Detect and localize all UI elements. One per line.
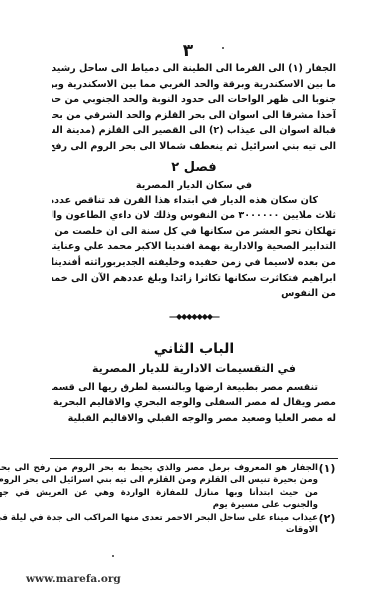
chapter-subtitle: في التقسيمات الادارية للديار المصرية bbox=[52, 360, 336, 378]
text-line: له مصر العليا وصعيد مصر والوجه القبلي وا… bbox=[52, 411, 336, 427]
text-line: تنقسم مصر بطبيعة ارضها وبالنسبة لطرق ريه… bbox=[52, 380, 336, 396]
text-line: الى تيه بني اسرائيل ثم ينعطف شمالا الى ب… bbox=[52, 139, 336, 155]
footnote-number: (٢) bbox=[318, 512, 336, 537]
scan-speck bbox=[112, 555, 114, 557]
ornamental-divider: —◆◆◆◆◆◆◆— bbox=[52, 310, 336, 324]
footnote-line: والجنوب على مسيرة يوم bbox=[0, 499, 318, 511]
text-line: ثلاث ملايين ٣٠٠٠٠٠٠ من النفوس وذلك لان د… bbox=[52, 208, 336, 224]
text-line: ابراهيم فتكاثرت سكانها تكاثرا زائدا وبلغ… bbox=[52, 271, 336, 287]
footnote-separator bbox=[50, 458, 338, 459]
chapter-title: الباب الثاني bbox=[52, 338, 336, 360]
watermark-link[interactable]: www.marefa.org bbox=[26, 573, 121, 585]
footnotes: (١) الجفار هو المعروف برمل مصر والذي يحي… bbox=[52, 462, 336, 536]
section-subtitle: في سكان الديار المصرية bbox=[52, 178, 336, 193]
footnote-line: ومن بحيرة تنيس الى القلزم ومن القلزم الى… bbox=[0, 474, 318, 486]
paragraph-divisions: تنقسم مصر بطبيعة ارضها وبالنسبة لطرق ريه… bbox=[52, 380, 336, 427]
text-line: تهلكان نحو العشر من سكانها في كل سنة الى… bbox=[52, 224, 336, 240]
text-line: ما بين الاسكندرية وبرقة والحد الغربي مما… bbox=[52, 77, 336, 93]
text-line: من النفوس bbox=[52, 286, 336, 302]
footnote-2: (٢) عيذاب ميناء على ساحل البحر الاحمر تع… bbox=[52, 512, 336, 537]
text-line: جنوبا الى ظهر الواحات الى حدود النوبة وا… bbox=[52, 92, 336, 108]
text-line: كان سكان هذه الديار في ابتداء هذا القرن … bbox=[52, 193, 336, 209]
footnote-line: من حيث ابتدأنا وبها منازل للمفازة الوارد… bbox=[0, 487, 318, 499]
section-heading: فصل ٢ bbox=[52, 158, 336, 178]
scan-speck bbox=[222, 47, 224, 49]
footnote-1: (١) الجفار هو المعروف برمل مصر والذي يحي… bbox=[52, 462, 336, 512]
text-line: من بعده لاسيما في زمن حفيده وخليفته الجد… bbox=[52, 255, 336, 271]
footnote-line: الجفار هو المعروف برمل مصر والذي يحيط به… bbox=[0, 462, 318, 474]
book-page: ٣ الجفار (١) الى الفرما الى الطينة الى د… bbox=[52, 42, 336, 427]
text-line: قبالة اسوان الى عيذاب (٢) الى القصير الى… bbox=[52, 123, 336, 139]
text-line: آخذا مشرقا الى اسوان الى بحر القلزم والح… bbox=[52, 108, 336, 124]
text-line: الجفار (١) الى الفرما الى الطينة الى دمي… bbox=[52, 61, 336, 77]
footnote-body: الجفار هو المعروف برمل مصر والذي يحيط به… bbox=[0, 462, 318, 512]
paragraph-borders: الجفار (١) الى الفرما الى الطينة الى دمي… bbox=[52, 61, 336, 155]
paragraph-population: كان سكان هذه الديار في ابتداء هذا القرن … bbox=[52, 193, 336, 302]
page-number: ٣ bbox=[52, 42, 324, 60]
footnote-line: الاوقات bbox=[0, 524, 318, 536]
footnote-body: عيذاب ميناء على ساحل البحر الاحمر تعدى م… bbox=[0, 512, 318, 537]
text-line: التدابير الصحية والادارية بهمة افندينا ا… bbox=[52, 239, 336, 255]
footnote-number: (١) bbox=[318, 462, 336, 512]
text-line: مصر ويقال له مصر السفلى والوجه البحري وا… bbox=[52, 395, 336, 411]
footnote-line: عيذاب ميناء على ساحل البحر الاحمر تعدى م… bbox=[0, 512, 318, 524]
